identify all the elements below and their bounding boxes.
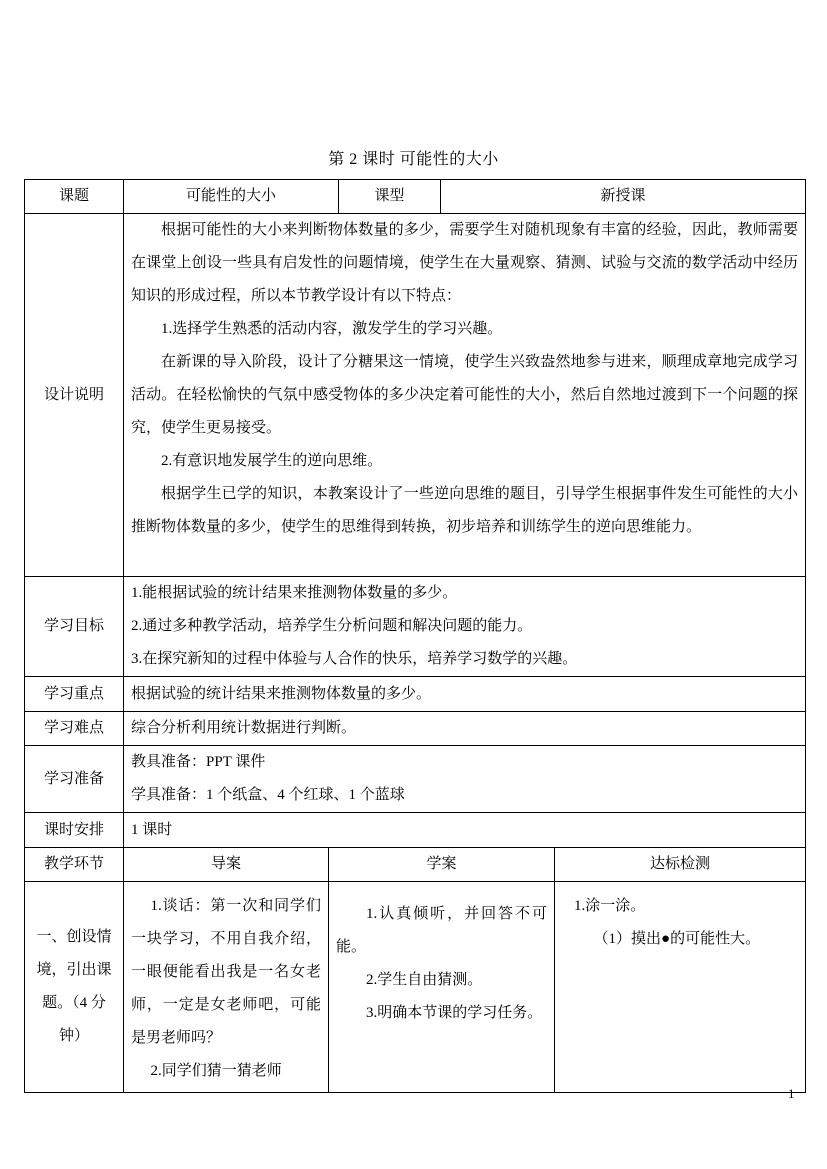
- lesson-plan-table: 课题 可能性的大小 课型 新授课 设计说明 根据可能性的大小来判断物体数量的多少…: [24, 179, 806, 1093]
- page-title: 第 2 课时 可能性的大小: [0, 0, 827, 172]
- preparation-label: 学习准备: [25, 746, 124, 813]
- stage-title: 一、创设情境，引出课题。（4 分钟）: [32, 921, 116, 1053]
- guide-paragraph: 2.同学们猜一猜老师: [131, 1055, 321, 1084]
- objective-item: 1.能根据试验的统计结果来推测物体数量的多少。: [131, 577, 798, 610]
- row-key-point: 学习重点 根据试验的统计结果来推测物体数量的多少。: [25, 677, 806, 712]
- course-type-value: 新授课: [441, 180, 806, 214]
- guide-column-header: 导案: [124, 848, 329, 882]
- schedule-text: 1 课时: [124, 813, 806, 848]
- check-paragraph: 1.涂一涂。: [562, 890, 798, 923]
- row-topic: 课题 可能性的大小 课型 新授课: [25, 180, 806, 214]
- schedule-label: 课时安排: [25, 813, 124, 848]
- design-notes-cell: 根据可能性的大小来判断物体数量的多少，需要学生对随机现象有丰富的经验，因此，教师…: [124, 214, 806, 577]
- design-notes-label: 设计说明: [25, 214, 124, 577]
- topic-value: 可能性的大小: [124, 180, 339, 214]
- learn-column-header: 学案: [329, 848, 555, 882]
- learn-paragraph: 2.学生自由猜测。: [336, 964, 547, 997]
- difficult-point-label: 学习难点: [25, 712, 124, 746]
- difficult-point-text: 综合分析利用统计数据进行判断。: [124, 712, 806, 746]
- row-design-notes: 设计说明 根据可能性的大小来判断物体数量的多少，需要学生对随机现象有丰富的经验，…: [25, 214, 806, 577]
- design-paragraph: 根据学生已学的知识，本教案设计了一些逆向思维的题目，引导学生根据事件发生可能性的…: [131, 478, 798, 544]
- design-paragraph: 1.选择学生熟悉的活动内容，激发学生的学习兴趣。: [131, 313, 798, 346]
- check-column-header: 达标检测: [555, 848, 806, 882]
- row-preparation: 学习准备 教具准备：PPT 课件 学具准备：1 个纸盒、4 个红球、1 个蓝球: [25, 746, 806, 813]
- learn-cell: 1.认真倾听，并回答不可能。 2.学生自由猜测。 3.明确本节课的学习任务。: [329, 882, 555, 1093]
- row-difficult-point: 学习难点 综合分析利用统计数据进行判断。: [25, 712, 806, 746]
- teacher-preparation: 教具准备：PPT 课件: [131, 746, 798, 779]
- design-paragraph: 在新课的导入阶段，设计了分糖果这一情境，使学生兴致盎然地参与进来，顺理成章地完成…: [131, 346, 798, 445]
- row-objectives: 学习目标 1.能根据试验的统计结果来推测物体数量的多少。 2.通过多种教学活动，…: [25, 577, 806, 677]
- process-header-label: 教学环节: [25, 848, 124, 882]
- design-paragraph: 2.有意识地发展学生的逆向思维。: [131, 445, 798, 478]
- page-number: 1: [788, 1085, 795, 1103]
- key-point-text: 根据试验的统计结果来推测物体数量的多少。: [124, 677, 806, 712]
- topic-label: 课题: [25, 180, 124, 214]
- course-type-label: 课型: [339, 180, 441, 214]
- check-paragraph: （1）摸出●的可能性大。: [562, 923, 798, 956]
- objective-item: 2.通过多种教学活动，培养学生分析问题和解决问题的能力。: [131, 610, 798, 643]
- objectives-cell: 1.能根据试验的统计结果来推测物体数量的多少。 2.通过多种教学活动，培养学生分…: [124, 577, 806, 677]
- objectives-label: 学习目标: [25, 577, 124, 677]
- preparation-cell: 教具准备：PPT 课件 学具准备：1 个纸盒、4 个红球、1 个蓝球: [124, 746, 806, 813]
- student-preparation: 学具准备：1 个纸盒、4 个红球、1 个蓝球: [131, 779, 798, 812]
- key-point-label: 学习重点: [25, 677, 124, 712]
- learn-paragraph: 3.明确本节课的学习任务。: [336, 997, 547, 1030]
- guide-cell: 1.谈话：第一次和同学们一块学习，不用自我介绍，一眼便能看出我是一名女老师，一定…: [124, 882, 329, 1093]
- design-paragraph: 根据可能性的大小来判断物体数量的多少，需要学生对随机现象有丰富的经验，因此，教师…: [131, 214, 798, 313]
- row-schedule: 课时安排 1 课时: [25, 813, 806, 848]
- check-cell: 1.涂一涂。 （1）摸出●的可能性大。: [555, 882, 806, 1093]
- learn-paragraph: 1.认真倾听，并回答不可能。: [336, 898, 547, 964]
- row-stage-1: 一、创设情境，引出课题。（4 分钟） 1.谈话：第一次和同学们一块学习，不用自我…: [25, 882, 806, 1093]
- guide-paragraph: 1.谈话：第一次和同学们一块学习，不用自我介绍，一眼便能看出我是一名女老师，一定…: [131, 890, 321, 1055]
- design-notes-text: 根据可能性的大小来判断物体数量的多少，需要学生对随机现象有丰富的经验，因此，教师…: [131, 214, 798, 576]
- objective-item: 3.在探究新知的过程中体验与人合作的快乐，培养学习数学的兴趣。: [131, 643, 798, 676]
- row-process-header: 教学环节 导案 学案 达标检测: [25, 848, 806, 882]
- stage-title-cell: 一、创设情境，引出课题。（4 分钟）: [25, 882, 124, 1093]
